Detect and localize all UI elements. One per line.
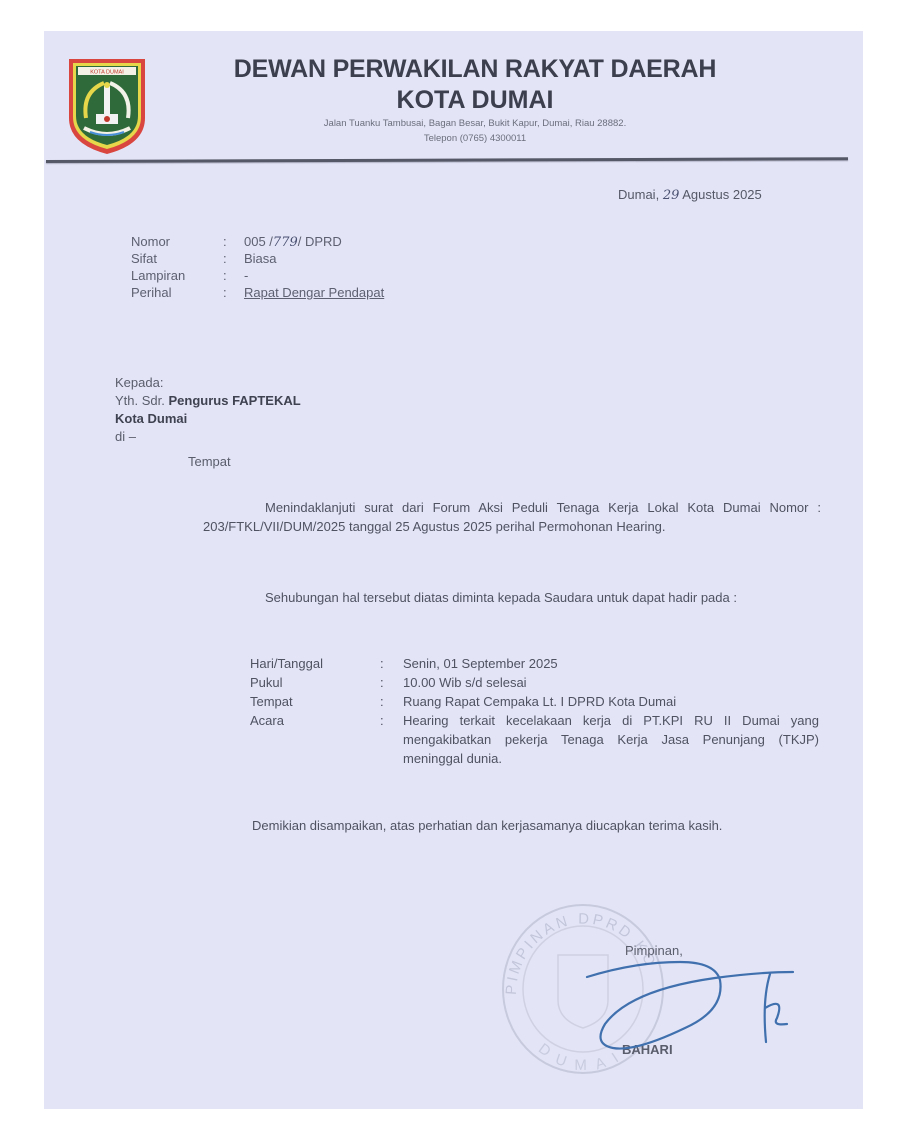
letterhead-subtitle: KOTA DUMAI — [150, 86, 800, 115]
yth: Yth. Sdr. — [115, 393, 165, 408]
recipient-tempat: Tempat — [188, 454, 231, 469]
perihal-value: Rapat Dengar Pendapat — [244, 285, 384, 302]
closing-paragraph: Demikian disampaikan, atas perhatian dan… — [190, 816, 830, 835]
colon: : — [380, 711, 403, 768]
schedule-value: Senin, 01 September 2025 — [403, 654, 819, 673]
svg-text:KOTA DUMAI: KOTA DUMAI — [90, 70, 124, 76]
letterhead-address: Jalan Tuanku Tambusai, Bagan Besar, Buki… — [150, 118, 800, 129]
schedule-row: Tempat : Ruang Rapat Cempaka Lt. I DPRD … — [250, 692, 819, 711]
nomor-handwritten: 779 — [273, 235, 298, 250]
letter-meta: Nomor : 005 /779/ DPRD Sifat : Biasa Lam… — [131, 234, 384, 302]
colon: : — [223, 251, 244, 268]
meta-lampiran: Lampiran : - — [131, 268, 384, 285]
handwritten-signature-icon — [575, 960, 800, 1070]
colon: : — [223, 234, 244, 251]
nomor-label: Nomor — [131, 234, 223, 251]
recipient-di: di – — [115, 428, 301, 446]
meta-sifat: Sifat : Biasa — [131, 251, 384, 268]
date-month-year: Agustus 2025 — [682, 187, 762, 202]
schedule-row: Pukul : 10.00 Wib s/d selesai — [250, 673, 819, 692]
schedule-value: 10.00 Wib s/d selesai — [403, 673, 819, 692]
kepada-label: Kepada: — [115, 374, 301, 392]
letter-date: Dumai, 29 Agustus 2025 — [618, 187, 762, 203]
colon: : — [223, 285, 244, 302]
colon: : — [223, 268, 244, 285]
schedule-value: Hearing terkait kecelakaan kerja di PT.K… — [403, 711, 819, 768]
letterhead-phone: Telepon (0765) 4300011 — [150, 133, 800, 144]
meta-perihal: Perihal : Rapat Dengar Pendapat — [131, 285, 384, 302]
schedule-row: Hari/Tanggal : Senin, 01 September 2025 — [250, 654, 819, 673]
nomor-suffix: / DPRD — [298, 234, 342, 249]
letterhead-title: DEWAN PERWAKILAN RAKYAT DAERAH — [150, 55, 800, 84]
kota-dumai-crest-icon: KOTA DUMAI — [66, 56, 148, 156]
sifat-label: Sifat — [131, 251, 223, 268]
schedule-row: Acara : Hearing terkait kecelakaan kerja… — [250, 711, 819, 768]
body-paragraph-1: Menindaklanjuti surat dari Forum Aksi Pe… — [203, 498, 821, 536]
recipient-city: Kota Dumai — [115, 411, 187, 426]
schedule-label: Acara — [250, 711, 380, 768]
colon: : — [380, 673, 403, 692]
recipient-name: Pengurus FAPTEKAL — [169, 393, 301, 408]
perihal-label: Perihal — [131, 285, 223, 302]
body-paragraph-2: Sehubungan hal tersebut diatas diminta k… — [203, 588, 821, 607]
schedule-label: Tempat — [250, 692, 380, 711]
date-day-handwritten: 29 — [663, 188, 680, 203]
schedule-label: Hari/Tanggal — [250, 654, 380, 673]
recipient-line: Yth. Sdr. Pengurus FAPTEKAL — [115, 392, 301, 410]
date-city: Dumai, — [618, 187, 659, 202]
colon: : — [380, 654, 403, 673]
schedule-table: Hari/Tanggal : Senin, 01 September 2025 … — [250, 654, 819, 768]
schedule-value: Ruang Rapat Cempaka Lt. I DPRD Kota Duma… — [403, 692, 819, 711]
schedule-label: Pukul — [250, 673, 380, 692]
meta-nomor: Nomor : 005 /779/ DPRD — [131, 234, 384, 251]
recipient-block: Kepada: Yth. Sdr. Pengurus FAPTEKAL Kota… — [115, 374, 301, 446]
sifat-value: Biasa — [244, 251, 277, 268]
lampiran-value: - — [244, 268, 248, 285]
signatory-title: Pimpinan, — [625, 943, 683, 958]
lampiran-label: Lampiran — [131, 268, 223, 285]
colon: : — [380, 692, 403, 711]
nomor-value: 005 /779/ DPRD — [244, 234, 342, 251]
nomor-prefix: 005 / — [244, 234, 273, 249]
